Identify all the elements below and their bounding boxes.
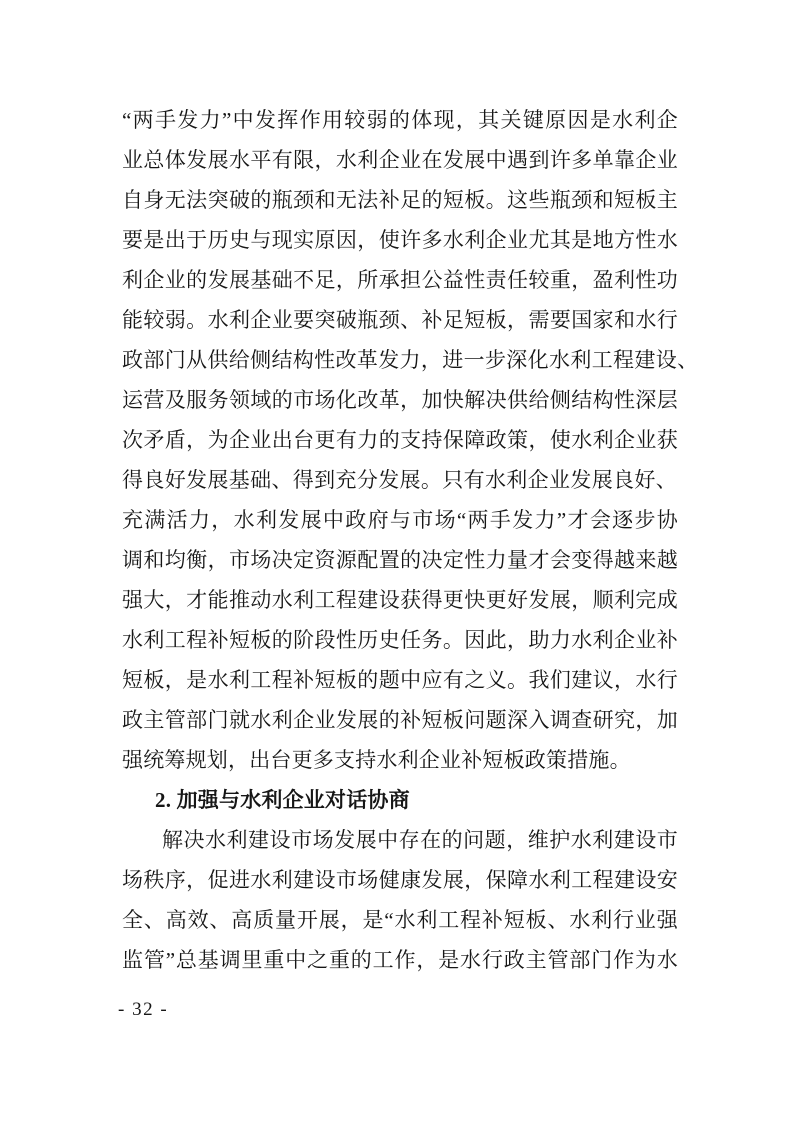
body-line: 自身无法突破的瓶颈和无法补足的短板。这些瓶颈和短板主: [122, 180, 678, 220]
body-line: 强大，才能推动水利工程建设获得更快更好发展，顺利完成: [122, 580, 678, 620]
body-line: 强统筹规划，出台更多支持水利企业补短板政策措施。: [122, 740, 678, 780]
body-line: 利企业的发展基础不足，所承担公益性责任较重，盈利性功: [122, 260, 678, 300]
body-line: 场秩序，促进水利建设市场健康发展，保障水利工程建设安: [122, 860, 678, 900]
body-line: 业总体发展水平有限，水利企业在发展中遇到许多单靠企业: [122, 140, 678, 180]
body-line: 能较弱。水利企业要突破瓶颈、补足短板，需要国家和水行: [122, 300, 678, 340]
body-line: “两手发力”中发挥作用较弱的体现，其关键原因是水利企: [122, 100, 678, 140]
body-line: 短板，是水利工程补短板的题中应有之义。我们建议，水行: [122, 660, 678, 700]
body-line: 政主管部门就水利企业发展的补短板问题深入调查研究，加: [122, 700, 678, 740]
body-line: 政部门从供给侧结构性改革发力，进一步深化水利工程建设、: [122, 340, 678, 380]
body-line: 调和均衡，市场决定资源配置的决定性力量才会变得越来越: [122, 540, 678, 580]
body-line: 得良好发展基础、得到充分发展。只有水利企业发展良好、: [122, 460, 678, 500]
body-line: 要是出于历史与现实原因，使许多水利企业尤其是地方性水: [122, 220, 678, 260]
document-page: “两手发力”中发挥作用较弱的体现，其关键原因是水利企 业总体发展水平有限，水利企…: [0, 0, 800, 1131]
body-line: 次矛盾，为企业出台更有力的支持保障政策，使水利企业获: [122, 420, 678, 460]
body-line: 水利工程补短板的阶段性历史任务。因此，助力水利企业补: [122, 620, 678, 660]
body-line: 运营及服务领域的市场化改革，加快解决供给侧结构性深层: [122, 380, 678, 420]
document-body: “两手发力”中发挥作用较弱的体现，其关键原因是水利企 业总体发展水平有限，水利企…: [122, 100, 678, 980]
section-heading: 2. 加强与水利企业对话协商: [122, 780, 678, 820]
body-line: 全、高效、高质量开展，是“水利工程补短板、水利行业强: [122, 900, 678, 940]
body-line: 充满活力，水利发展中政府与市场“两手发力”才会逐步协: [122, 500, 678, 540]
body-line: 解决水利建设市场发展中存在的问题，维护水利建设市: [122, 820, 678, 860]
page-number: - 32 -: [118, 997, 168, 1023]
body-line: 监管”总基调里重中之重的工作，是水行政主管部门作为水: [122, 940, 678, 980]
